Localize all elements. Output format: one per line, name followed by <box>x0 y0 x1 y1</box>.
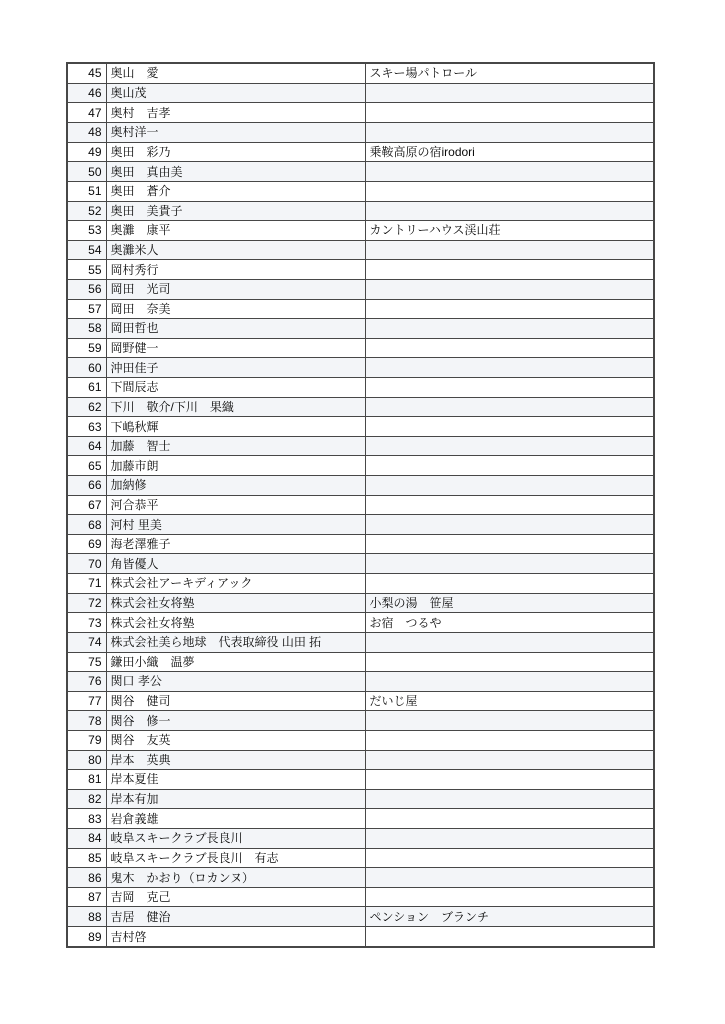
row-number: 85 <box>67 848 106 868</box>
table-row: 71 株式会社アーキディアック <box>67 574 654 594</box>
row-organization <box>365 534 654 554</box>
row-name: 角皆優人 <box>106 554 365 574</box>
table-row: 81 岸本夏佳 <box>67 770 654 790</box>
row-number: 57 <box>67 299 106 319</box>
row-number: 82 <box>67 789 106 809</box>
row-organization: だいじ屋 <box>365 691 654 711</box>
row-organization <box>365 240 654 260</box>
row-name: 吉村啓 <box>106 927 365 947</box>
row-number: 67 <box>67 495 106 515</box>
table-row: 55 岡村秀行 <box>67 260 654 280</box>
row-organization <box>365 476 654 496</box>
row-organization <box>365 848 654 868</box>
table-row: 49 奥田 彩乃 乗鞍高原の宿irodori <box>67 142 654 162</box>
row-number: 73 <box>67 613 106 633</box>
row-number: 77 <box>67 691 106 711</box>
row-number: 80 <box>67 750 106 770</box>
row-organization <box>365 730 654 750</box>
row-number: 55 <box>67 260 106 280</box>
row-organization <box>365 83 654 103</box>
row-name: 奥田 美貴子 <box>106 201 365 221</box>
row-number: 60 <box>67 358 106 378</box>
row-name: 吉岡 克己 <box>106 887 365 907</box>
row-organization <box>365 809 654 829</box>
row-organization <box>365 789 654 809</box>
table-row: 84 岐阜スキークラブ長良川 <box>67 829 654 849</box>
row-organization <box>365 632 654 652</box>
row-organization <box>365 260 654 280</box>
row-organization: 小梨の湯 笹屋 <box>365 593 654 613</box>
row-name: 奥田 蒼介 <box>106 181 365 201</box>
row-name: 岡村秀行 <box>106 260 365 280</box>
row-name: 関谷 友英 <box>106 730 365 750</box>
row-organization <box>365 711 654 731</box>
row-number: 72 <box>67 593 106 613</box>
table-row: 86 鬼木 かおり（ロカンヌ） <box>67 868 654 888</box>
row-name: 関谷 健司 <box>106 691 365 711</box>
row-number: 50 <box>67 162 106 182</box>
row-organization <box>365 417 654 437</box>
row-organization: カントリーハウス渓山荘 <box>365 221 654 241</box>
row-name: 株式会社美ら地球 代表取締役 山田 拓 <box>106 632 365 652</box>
row-name: 下嶋秋輝 <box>106 417 365 437</box>
row-name: 加納修 <box>106 476 365 496</box>
row-organization <box>365 652 654 672</box>
row-name: 岸本有加 <box>106 789 365 809</box>
row-number: 66 <box>67 476 106 496</box>
row-organization <box>365 495 654 515</box>
table-row: 62 下川 敬介/下川 果織 <box>67 397 654 417</box>
row-organization <box>365 927 654 947</box>
table-row: 61 下間辰志 <box>67 378 654 398</box>
table-row: 78 関谷 修一 <box>67 711 654 731</box>
row-number: 89 <box>67 927 106 947</box>
row-name: 岐阜スキークラブ長良川 有志 <box>106 848 365 868</box>
row-name: 岩倉義雄 <box>106 809 365 829</box>
row-organization <box>365 436 654 456</box>
row-organization <box>365 574 654 594</box>
row-organization: スキー場パトロール <box>365 63 654 83</box>
row-name: 奥山茂 <box>106 83 365 103</box>
row-name: 関谷 修一 <box>106 711 365 731</box>
attendee-roster-table: 45 奥山 愛 スキー場パトロール 46 奥山茂 47 奥村 吉孝 48 奥村洋… <box>66 62 655 948</box>
row-number: 63 <box>67 417 106 437</box>
row-number: 45 <box>67 63 106 83</box>
row-organization <box>365 181 654 201</box>
table-row: 59 岡野健一 <box>67 338 654 358</box>
row-organization <box>365 456 654 476</box>
table-row: 50 奥田 真由美 <box>67 162 654 182</box>
row-name: 河合恭平 <box>106 495 365 515</box>
row-organization <box>365 103 654 123</box>
row-name: 河村 里美 <box>106 515 365 535</box>
row-number: 87 <box>67 887 106 907</box>
row-name: 沖田佳子 <box>106 358 365 378</box>
row-number: 74 <box>67 632 106 652</box>
row-number: 62 <box>67 397 106 417</box>
row-number: 70 <box>67 554 106 574</box>
table-row: 54 奥灘米人 <box>67 240 654 260</box>
row-organization <box>365 887 654 907</box>
row-organization <box>365 829 654 849</box>
row-number: 71 <box>67 574 106 594</box>
table-row: 56 岡田 光司 <box>67 279 654 299</box>
table-row: 51 奥田 蒼介 <box>67 181 654 201</box>
row-number: 69 <box>67 534 106 554</box>
row-name: 岡田 光司 <box>106 279 365 299</box>
row-number: 52 <box>67 201 106 221</box>
table-row: 79 関谷 友英 <box>67 730 654 750</box>
row-organization <box>365 750 654 770</box>
row-organization: ペンション ブランチ <box>365 907 654 927</box>
table-row: 60 沖田佳子 <box>67 358 654 378</box>
table-row: 63 下嶋秋輝 <box>67 417 654 437</box>
row-organization <box>365 554 654 574</box>
row-name: 岐阜スキークラブ長良川 <box>106 829 365 849</box>
row-number: 47 <box>67 103 106 123</box>
row-organization: お宿 つるや <box>365 613 654 633</box>
row-name: 吉居 健治 <box>106 907 365 927</box>
row-name: 加藤市朗 <box>106 456 365 476</box>
row-organization <box>365 868 654 888</box>
row-name: 株式会社女将塾 <box>106 593 365 613</box>
row-number: 86 <box>67 868 106 888</box>
table-row: 52 奥田 美貴子 <box>67 201 654 221</box>
roster-table-body: 45 奥山 愛 スキー場パトロール 46 奥山茂 47 奥村 吉孝 48 奥村洋… <box>67 63 654 947</box>
row-organization <box>365 397 654 417</box>
row-name: 奥灘米人 <box>106 240 365 260</box>
table-row: 85 岐阜スキークラブ長良川 有志 <box>67 848 654 868</box>
row-name: 奥山 愛 <box>106 63 365 83</box>
row-number: 54 <box>67 240 106 260</box>
row-name: 加藤 智士 <box>106 436 365 456</box>
table-row: 70 角皆優人 <box>67 554 654 574</box>
row-name: 海老澤雅子 <box>106 534 365 554</box>
row-name: 岸本夏佳 <box>106 770 365 790</box>
row-number: 59 <box>67 338 106 358</box>
row-number: 46 <box>67 83 106 103</box>
table-row: 69 海老澤雅子 <box>67 534 654 554</box>
row-name: 岡田 奈美 <box>106 299 365 319</box>
row-number: 79 <box>67 730 106 750</box>
row-number: 76 <box>67 672 106 692</box>
row-organization <box>365 672 654 692</box>
table-row: 58 岡田哲也 <box>67 319 654 339</box>
row-organization <box>365 319 654 339</box>
row-organization <box>365 162 654 182</box>
row-organization <box>365 770 654 790</box>
row-name: 下川 敬介/下川 果織 <box>106 397 365 417</box>
row-number: 88 <box>67 907 106 927</box>
row-number: 48 <box>67 123 106 143</box>
row-name: 株式会社アーキディアック <box>106 574 365 594</box>
row-number: 65 <box>67 456 106 476</box>
table-row: 66 加納修 <box>67 476 654 496</box>
table-row: 72 株式会社女将塾 小梨の湯 笹屋 <box>67 593 654 613</box>
row-name: 株式会社女将塾 <box>106 613 365 633</box>
row-name: 岡野健一 <box>106 338 365 358</box>
row-number: 78 <box>67 711 106 731</box>
table-row: 74 株式会社美ら地球 代表取締役 山田 拓 <box>67 632 654 652</box>
table-row: 75 鎌田小織 温夢 <box>67 652 654 672</box>
row-name: 奥灘 康平 <box>106 221 365 241</box>
row-name: 鬼木 かおり（ロカンヌ） <box>106 868 365 888</box>
row-name: 岡田哲也 <box>106 319 365 339</box>
row-number: 53 <box>67 221 106 241</box>
table-row: 53 奥灘 康平 カントリーハウス渓山荘 <box>67 221 654 241</box>
row-name: 奥田 彩乃 <box>106 142 365 162</box>
table-row: 87 吉岡 克己 <box>67 887 654 907</box>
row-number: 81 <box>67 770 106 790</box>
row-organization <box>365 515 654 535</box>
row-name: 岸本 英典 <box>106 750 365 770</box>
table-row: 67 河合恭平 <box>67 495 654 515</box>
row-organization: 乗鞍高原の宿irodori <box>365 142 654 162</box>
table-row: 80 岸本 英典 <box>67 750 654 770</box>
row-organization <box>365 338 654 358</box>
table-row: 77 関谷 健司 だいじ屋 <box>67 691 654 711</box>
row-name: 奥村 吉孝 <box>106 103 365 123</box>
row-organization <box>365 279 654 299</box>
row-organization <box>365 201 654 221</box>
row-number: 58 <box>67 319 106 339</box>
table-row: 82 岸本有加 <box>67 789 654 809</box>
table-row: 46 奥山茂 <box>67 83 654 103</box>
row-number: 51 <box>67 181 106 201</box>
row-number: 64 <box>67 436 106 456</box>
table-row: 68 河村 里美 <box>67 515 654 535</box>
row-number: 75 <box>67 652 106 672</box>
row-number: 49 <box>67 142 106 162</box>
row-organization <box>365 378 654 398</box>
table-row: 88 吉居 健治 ペンション ブランチ <box>67 907 654 927</box>
table-row: 89 吉村啓 <box>67 927 654 947</box>
table-row: 47 奥村 吉孝 <box>67 103 654 123</box>
row-name: 関口 孝公 <box>106 672 365 692</box>
row-number: 56 <box>67 279 106 299</box>
document-page: 45 奥山 愛 スキー場パトロール 46 奥山茂 47 奥村 吉孝 48 奥村洋… <box>0 0 725 1024</box>
table-row: 64 加藤 智士 <box>67 436 654 456</box>
row-number: 84 <box>67 829 106 849</box>
row-number: 83 <box>67 809 106 829</box>
table-row: 65 加藤市朗 <box>67 456 654 476</box>
row-name: 奥村洋一 <box>106 123 365 143</box>
table-row: 45 奥山 愛 スキー場パトロール <box>67 63 654 83</box>
row-organization <box>365 358 654 378</box>
row-organization <box>365 299 654 319</box>
table-row: 57 岡田 奈美 <box>67 299 654 319</box>
row-organization <box>365 123 654 143</box>
row-number: 68 <box>67 515 106 535</box>
row-number: 61 <box>67 378 106 398</box>
row-name: 鎌田小織 温夢 <box>106 652 365 672</box>
table-row: 73 株式会社女将塾 お宿 つるや <box>67 613 654 633</box>
row-name: 下間辰志 <box>106 378 365 398</box>
table-row: 76 関口 孝公 <box>67 672 654 692</box>
row-name: 奥田 真由美 <box>106 162 365 182</box>
table-row: 83 岩倉義雄 <box>67 809 654 829</box>
table-row: 48 奥村洋一 <box>67 123 654 143</box>
